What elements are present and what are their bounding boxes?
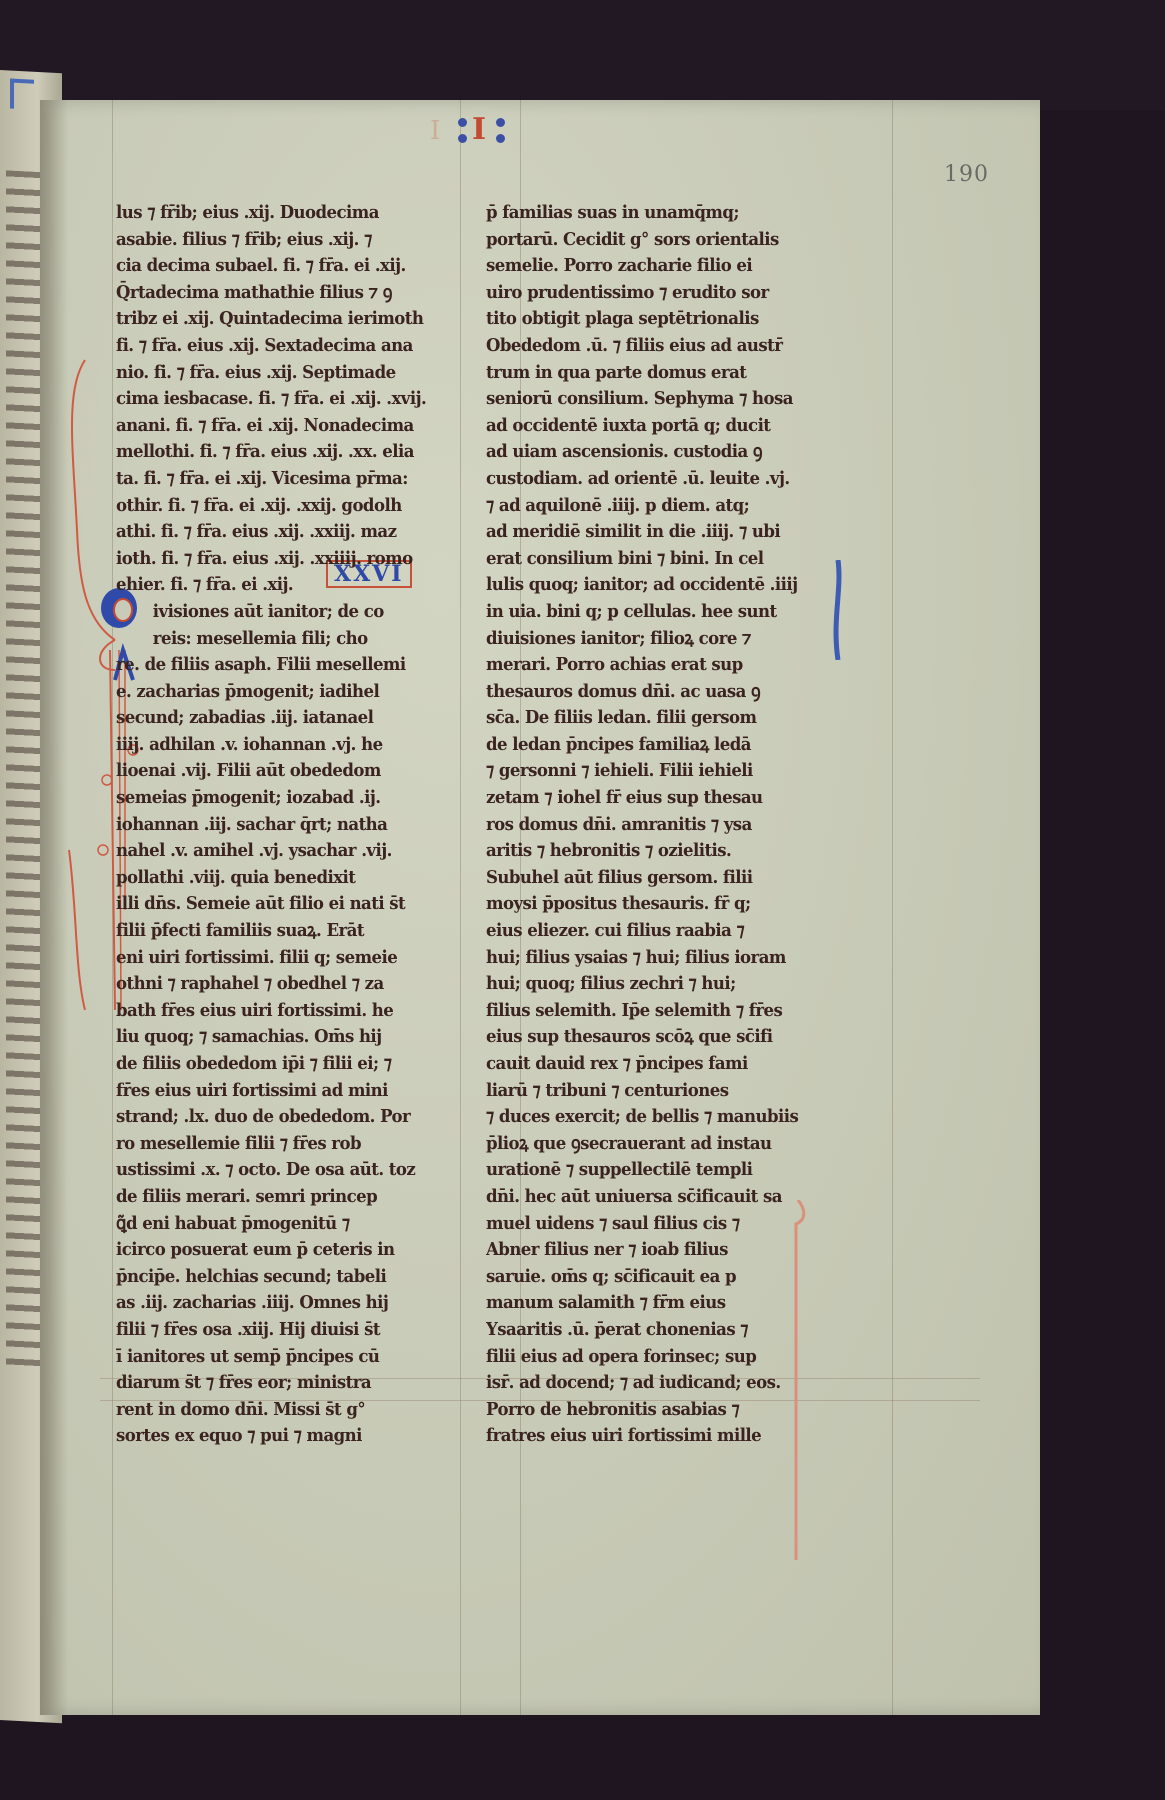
text-line: merari. Porro achias erat sup	[486, 652, 799, 679]
text-line: Ysaaritis .ū. p̄erat chonenias ⁊	[486, 1317, 799, 1344]
text-line: sc̄a. De filiis ledan. filii gersom	[486, 705, 799, 732]
text-line: ⁊ duces exercit; de bellis ⁊ manubiis	[486, 1104, 799, 1131]
text-line: re. de filiis asaph. Filii mesellemi	[116, 652, 429, 679]
text-line: manum salamith ⁊ fr̄m eius	[486, 1290, 799, 1317]
previous-leaf-initial	[10, 79, 34, 110]
text-line: Abner filius ner ⁊ ioab filius	[486, 1237, 799, 1264]
text-line: ivisiones aūt ianitor; de co	[116, 599, 429, 626]
text-line: cima iesbacase. fi. ⁊ fr̄a. ei .xij. .xv…	[116, 386, 429, 413]
text-line: hui; quoq; filius zechri ⁊ hui;	[486, 971, 799, 998]
text-line: Obededom .ū. ⁊ filiis eius ad austr̄	[486, 333, 799, 360]
ruling-line	[460, 100, 461, 1715]
text-column-right: p̄ familias suas in unamq̄mq;portarū. Ce…	[486, 200, 826, 1450]
text-line: de ledan p̄ncipes familiaꝝ ledā	[486, 732, 799, 759]
text-line: de filiis obededom ip̄i ⁊ filii ei; ⁊	[116, 1051, 429, 1078]
text-line: ad occidentē iuxta portā q; ducit	[486, 413, 799, 440]
text-line: fr̄es eius uiri fortissimi ad mini	[116, 1078, 429, 1105]
folio-number: 190	[944, 162, 989, 187]
text-line: ioth. fi. ⁊ fr̄a. eius .xij. .xxiiij. ro…	[116, 546, 429, 573]
running-head-ghost: I	[430, 116, 440, 146]
text-line: iohannan .iij. sachar q̄rt; natha	[116, 812, 429, 839]
text-line: moysi p̄positus thesauris. fr̄ q;	[486, 891, 799, 918]
text-line: trum in qua parte domus erat	[486, 360, 799, 387]
text-line: uiro prudentissimo ⁊ erudito sor	[486, 280, 799, 307]
text-line: seniorū consilium. Sephyma ⁊ hosa	[486, 386, 799, 413]
ruling-line	[892, 100, 893, 1715]
text-line: sortes ex equo ⁊ pui ⁊ magni	[116, 1423, 429, 1450]
text-line: Subuhel aūt filius gersom. filii	[486, 865, 799, 892]
dark-background	[0, 0, 1165, 110]
running-head: I I	[430, 110, 522, 150]
text-line: filii p̄fecti familiis suaꝝ. Erāt	[116, 918, 429, 945]
text-line: p̄ familias suas in unamq̄mq;	[486, 200, 799, 227]
text-line: thesauros domus dn̄i. ac uasa ꝯ	[486, 679, 799, 706]
text-line: pollathi .viij. quia benedixit	[116, 865, 429, 892]
text-line: ehier. fi. ⁊ fr̄a. ei .xij.	[116, 572, 429, 599]
text-line: liu quoq; ⁊ samachias. Om̄s hij	[116, 1024, 429, 1051]
text-line: eius eliezer. cui filius raabia ⁊	[486, 918, 799, 945]
text-line: asabie. filius ⁊ fr̄ib; eius .xij. ⁊	[116, 227, 429, 254]
text-line: filius selemith. Ip̄e selemith ⁊ fr̄es	[486, 998, 799, 1025]
text-line: filii eius ad opera forinsec; sup	[486, 1344, 799, 1371]
text-line: fratres eius uiri fortissimi mille	[486, 1423, 799, 1450]
text-line: ad meridiē similit in die .iiij. ⁊ ubi	[486, 519, 799, 546]
text-line: e. zacharias p̄mogenit; iadihel	[116, 679, 429, 706]
text-line: ꝗ̃d eni habuat p̄mogenitū ⁊	[116, 1211, 429, 1238]
running-head-dot	[496, 134, 505, 143]
text-line: othir. fi. ⁊ fr̄a. ei .xij. .xxij. godol…	[116, 493, 429, 520]
text-line: filii ⁊ fr̄es osa .xiij. Hij diuisi s̄t	[116, 1317, 429, 1344]
text-line: bath fr̄es eius uiri fortissimi. he	[116, 998, 429, 1025]
text-line: anani. fi. ⁊ fr̄a. ei .xij. Nonadecima	[116, 413, 429, 440]
running-head-dot	[458, 118, 467, 127]
text-line: ustissimi .x. ⁊ octo. De osa aūt. toz	[116, 1157, 429, 1184]
text-line: liarū ⁊ tribuni ⁊ centuriones	[486, 1078, 799, 1105]
text-line: saruie. om̄s q; sc̄ificauit ea p	[486, 1264, 799, 1291]
text-line: ta. fi. ⁊ fr̄a. ei .xij. Vicesima pr̄ma:	[116, 466, 429, 493]
text-line: reis: mesellemia fili; cho	[116, 626, 429, 653]
text-line: in uia. bini q; p cellulas. hee sunt	[486, 599, 799, 626]
text-line: iiij. adhilan .v. iohannan .vj. he	[116, 732, 429, 759]
text-line: custodiam. ad orientē .ū. leuite .vj.	[486, 466, 799, 493]
text-line: icirco posuerat eum p̄ ceteris in	[116, 1237, 429, 1264]
text-line: strand; .lx. duo de obededom. Por	[116, 1104, 429, 1131]
text-line: fi. ⁊ fr̄a. eius .xij. Sextadecima ana	[116, 333, 429, 360]
text-line: diuisiones ianitor; filioꝝ core ⁊	[486, 626, 799, 653]
text-line: p̄ncip̄e. helchias secund; tabeli	[116, 1264, 429, 1291]
text-line: ros domus dn̄i. amranitis ⁊ ysa	[486, 812, 799, 839]
text-line: portarū. Cecidit g° sors orientalis	[486, 227, 799, 254]
text-line: ro mesellemie filii ⁊ fr̄es rob	[116, 1131, 429, 1158]
text-line: diarum s̄t ⁊ fr̄es eor; ministra	[116, 1370, 429, 1397]
text-column-left: lus ⁊ fr̄ib; eius .xij. Duodecimaasabie.…	[116, 200, 456, 1450]
text-line: de filiis merari. semri princep	[116, 1184, 429, 1211]
text-line: lioenai .vij. Filii aūt obededom	[116, 758, 429, 785]
text-line: athi. fi. ⁊ fr̄a. eius .xij. .xxiij. maz	[116, 519, 429, 546]
text-line: illi dn̄s. Semeie aūt filio ei nati s̄t	[116, 891, 429, 918]
text-line: rent in domo dn̄i. Missi s̄t g°	[116, 1397, 429, 1424]
text-line: eius sup thesauros scōꝝ que sc̄ifi	[486, 1024, 799, 1051]
text-line: nio. fi. ⁊ fr̄a. eius .xij. Septimade	[116, 360, 429, 387]
text-line: ī ianitores ut semp̄ p̄ncipes cū	[116, 1344, 429, 1371]
text-line: as .iij. zacharias .iiij. Omnes hij	[116, 1290, 429, 1317]
text-line: p̄lioꝝ que ꝯsecrauerant ad instau	[486, 1131, 799, 1158]
text-line: cia decima subael. fi. ⁊ fr̄a. ei .xij.	[116, 253, 429, 280]
text-line: aritis ⁊ hebronitis ⁊ ozielitis.	[486, 838, 799, 865]
text-line: erat consilium bini ⁊ bini. In cel	[486, 546, 799, 573]
running-head-letter: I	[472, 112, 486, 147]
text-line: lulis quoq; ianitor; ad occidentē .iiij.	[486, 572, 799, 599]
text-line: lus ⁊ fr̄ib; eius .xij. Duodecima	[116, 200, 429, 227]
text-line: ⁊ gersonni ⁊ iehieli. Filii iehieli	[486, 758, 799, 785]
text-line: tito obtigit plaga septētrionalis	[486, 306, 799, 333]
text-line: semelie. Porro zacharie filio ei	[486, 253, 799, 280]
text-line: urationē ⁊ suppellectilē templi	[486, 1157, 799, 1184]
text-line: ⁊ ad aquilonē .iiij. p diem. atq;	[486, 493, 799, 520]
text-line: nahel .v. amihel .vj. ysachar .vij.	[116, 838, 429, 865]
text-line: cauit dauid rex ⁊ p̄ncipes fami	[486, 1051, 799, 1078]
text-line: dn̄i. hec aūt uniuersa sc̄ificauit sa	[486, 1184, 799, 1211]
text-line: othni ⁊ raphahel ⁊ obedhel ⁊ za	[116, 971, 429, 998]
text-line: Q̄rtadecima mathathie filius ⁊ ꝯ	[116, 280, 429, 307]
running-head-dot	[496, 118, 505, 127]
text-line: semeias p̄mogenit; iozabad .ij.	[116, 785, 429, 812]
text-line: Porro de hebronitis asabias ⁊	[486, 1397, 799, 1424]
text-line: isr̄. ad docend; ⁊ ad iudicand; eos.	[486, 1370, 799, 1397]
text-line: muel uidens ⁊ saul filius cis ⁊	[486, 1211, 799, 1238]
running-head-dot	[458, 134, 467, 143]
text-line: mellothi. fi. ⁊ fr̄a. eius .xij. .xx. el…	[116, 439, 429, 466]
text-line: zetam ⁊ iohel fr̄ eius sup thesau	[486, 785, 799, 812]
text-line: hui; filius ysaias ⁊ hui; filius ioram	[486, 945, 799, 972]
blue-penwork-decoration	[828, 560, 846, 660]
text-line: eni uiri fortissimi. filii q; semeie	[116, 945, 429, 972]
text-line: secund; zabadias .iij. iatanael	[116, 705, 429, 732]
text-line: ad uiam ascensionis. custodia ꝯ	[486, 439, 799, 466]
text-line: tribz ei .xij. Quintadecima ierimoth	[116, 306, 429, 333]
